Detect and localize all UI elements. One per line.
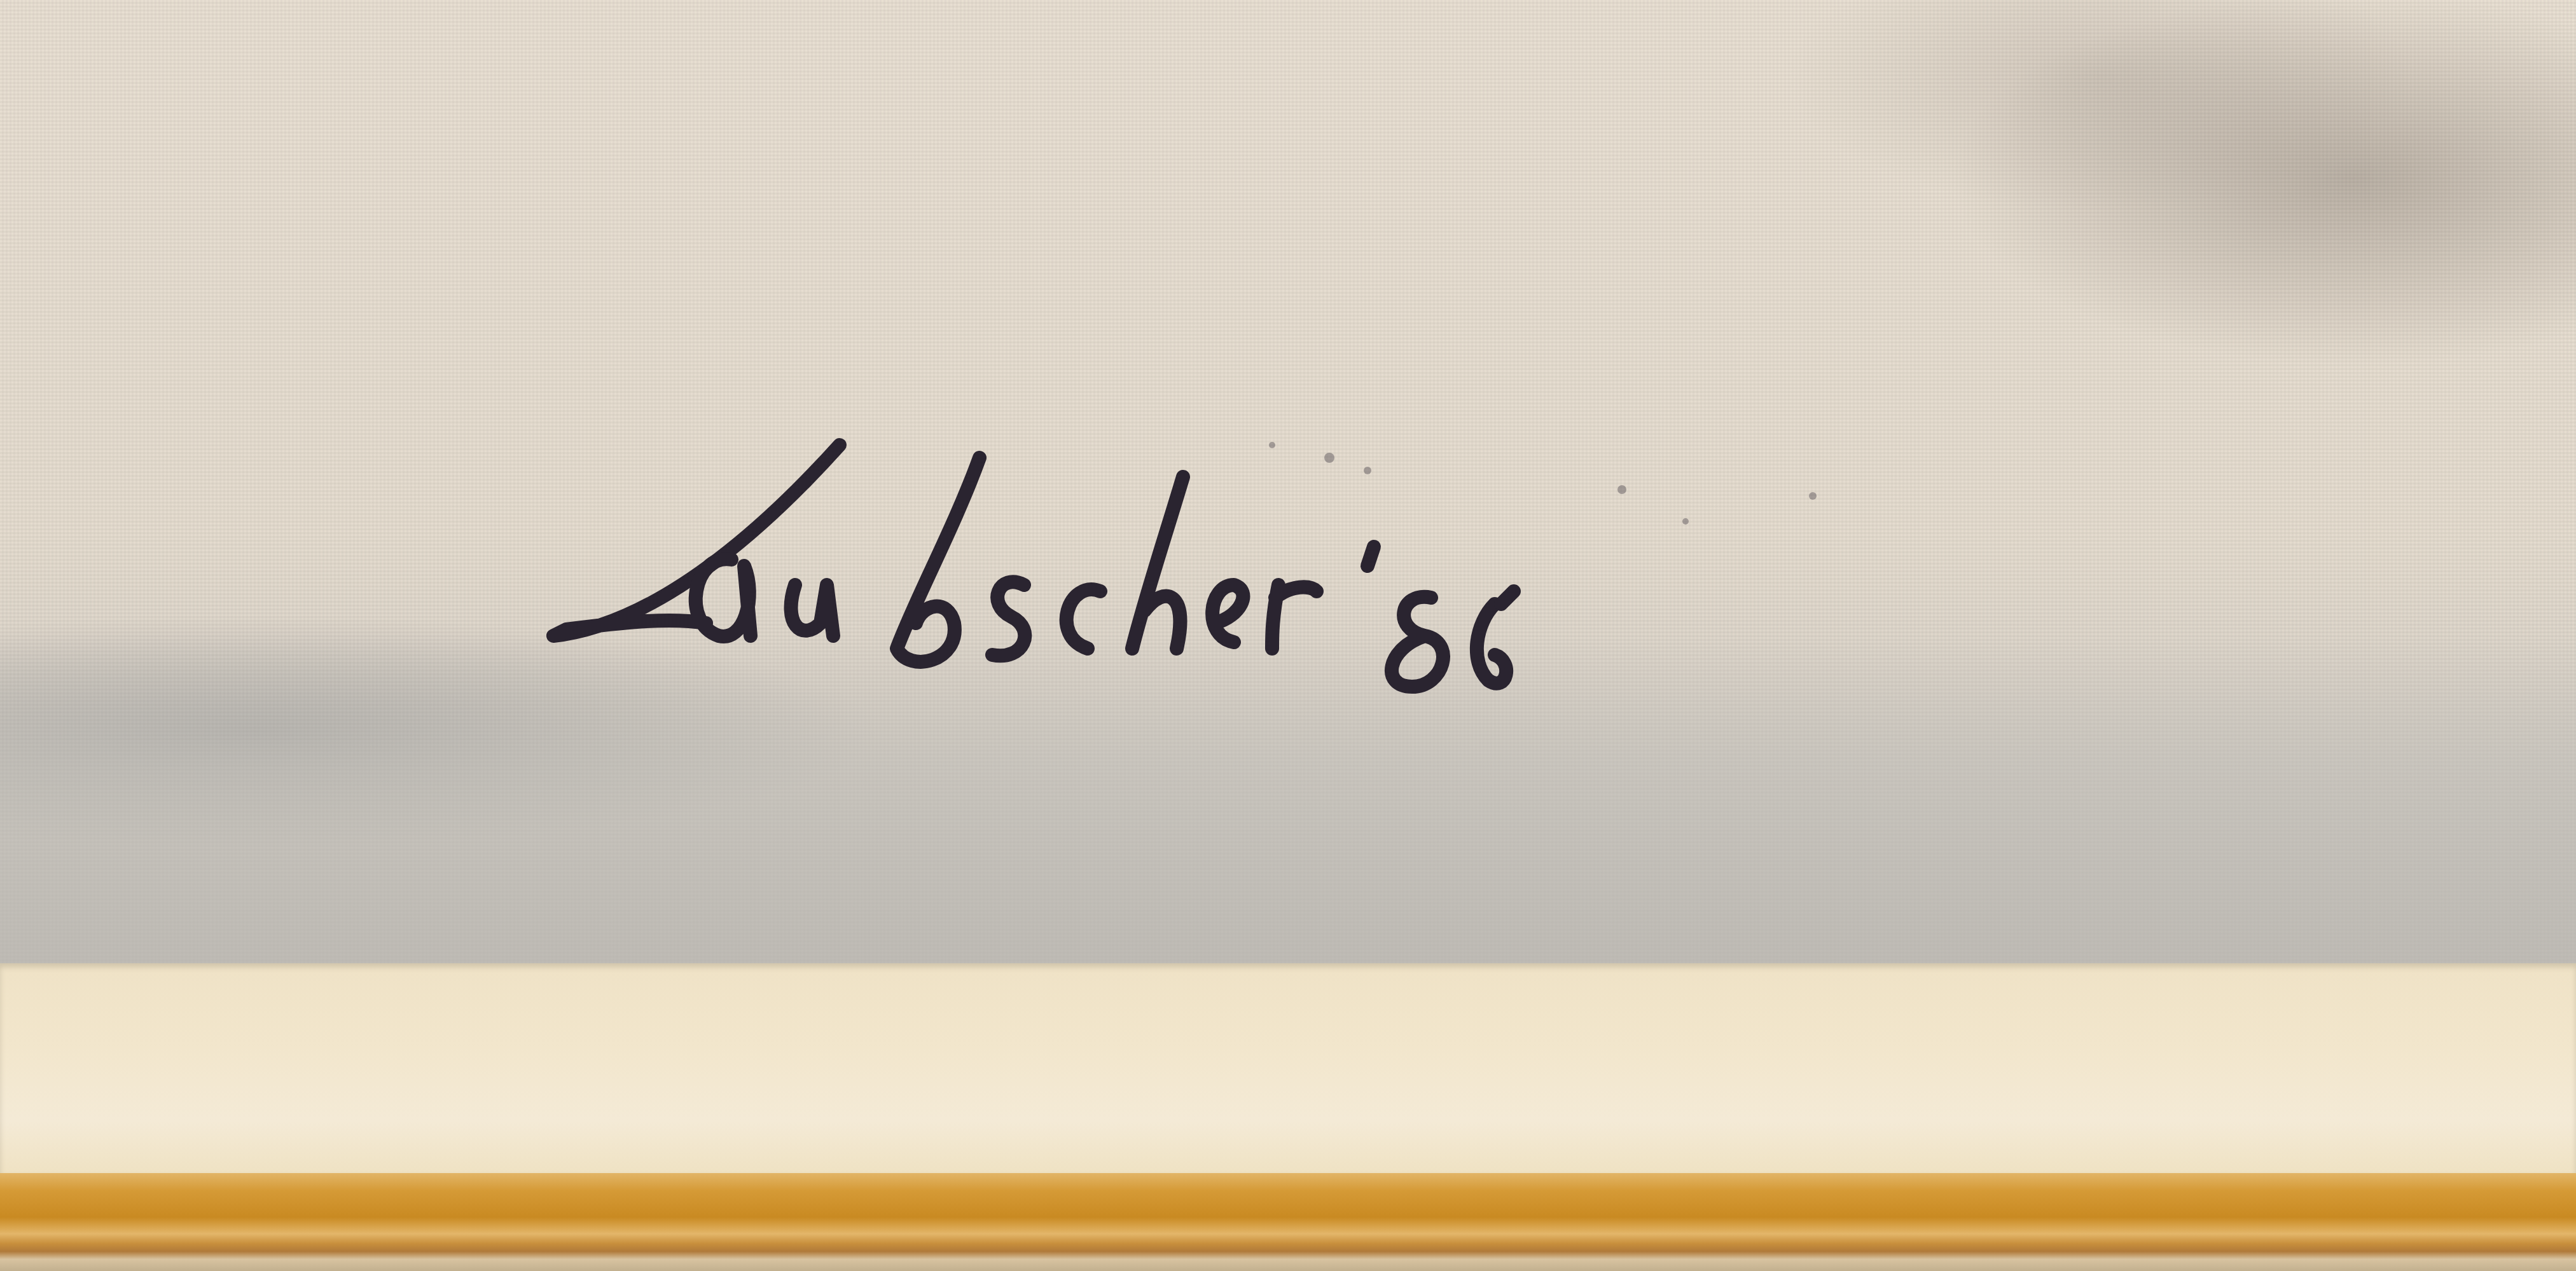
frame-mat: [0, 963, 2576, 1173]
gold-frame-edge: [0, 1173, 2576, 1271]
painted-canvas: Laubscher '86: [0, 0, 2576, 963]
artist-signature: [541, 432, 1940, 738]
